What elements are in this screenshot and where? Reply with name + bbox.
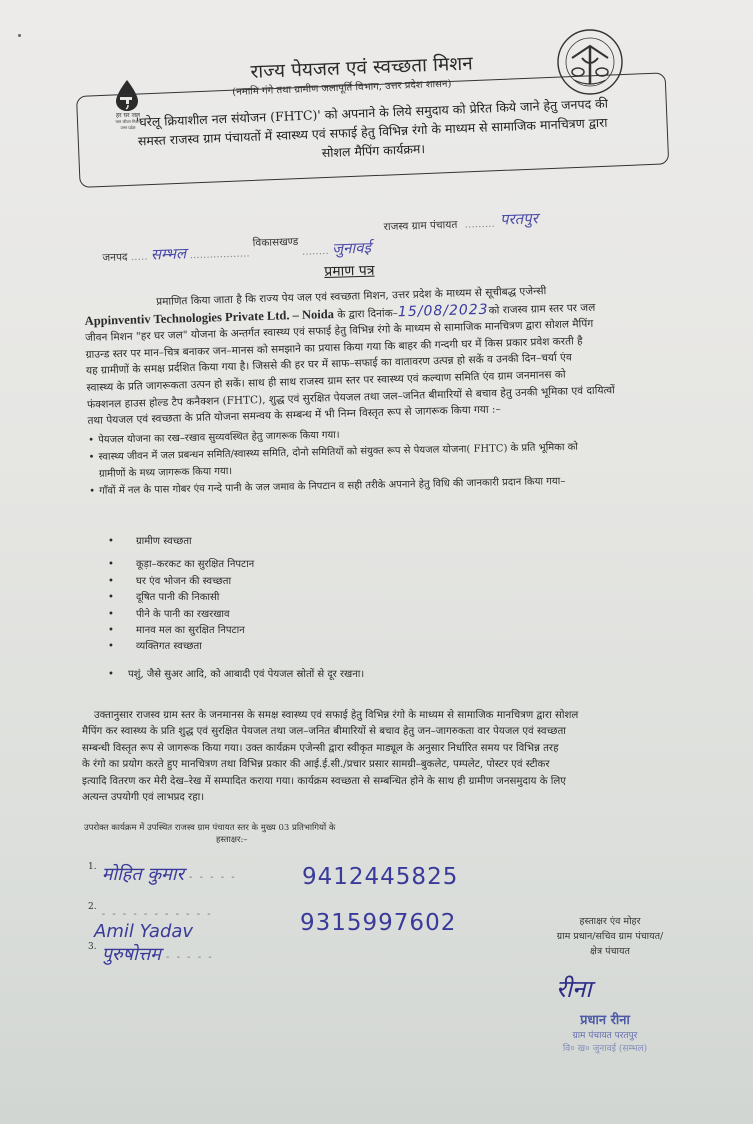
authority-signature-block: हस्ताक्षर एंव मोहर ग्राम प्रधान/सचिव ग्र…: [510, 914, 710, 959]
certificate-paragraph-2: उक्तानुसार राजस्व ग्राम स्तर के जनमानस क…: [82, 708, 722, 806]
list-item: •पीने के पानी का रखरखाव: [108, 607, 254, 623]
program-title: 'घरेलू क्रियाशील नल संयोजन (FHTC)' को अप…: [84, 92, 662, 172]
list-item: •व्यक्तिगत स्वच्छता: [108, 639, 254, 655]
signatures-intro: उपरोक्त कार्यक्रम में उपस्थित राजस्व ग्र…: [84, 822, 335, 846]
participant-signature: मोहित कुमार: [102, 864, 184, 885]
program-date: 15/08/2023: [398, 301, 489, 320]
participant-2: 2. - - - - - - - - - - - Amil Yadav: [88, 902, 213, 942]
participant-signature: Amil Yadav: [88, 921, 193, 942]
janpad-value: सम्भल: [151, 244, 187, 263]
list-item: •घर एंव भोजन की स्वच्छता: [108, 574, 254, 590]
list-item-livestock: •पशुं, जैसे सुअर आदि, को आबादी एवं पेयजल…: [108, 666, 364, 680]
paper-speck: [18, 34, 21, 37]
list-item: •कूड़ा–करकट का सुरक्षित निपटान: [108, 557, 254, 573]
certificate-heading: प्रमाण पत्र: [324, 261, 375, 281]
pradhan-signature: रीना: [556, 972, 592, 1005]
participant-3: 3. पुरुषोत्तम - - - - -: [88, 942, 214, 966]
location-fields: जनपद ..... सम्भल .................. विका…: [102, 233, 523, 266]
certificate-document: हर घर जल जल जीवन मिशन उत्तर प्रदेश राज्य…: [0, 0, 753, 1124]
list-item: •दूषित पानी की निकासी: [108, 590, 254, 606]
sanitation-topics-list: •ग्रामीण स्वच्छता •कूड़ा–करकट का सुरक्षि…: [108, 534, 254, 656]
list-item: •ग्रामीण स्वच्छता: [108, 534, 254, 550]
list-item: •मानव मल का सुरक्षित निपटान: [108, 623, 254, 639]
gram-panchayat-value: परतपुर: [500, 209, 538, 228]
janpad-label: जनपद: [102, 251, 128, 264]
certificate-paragraph-1: प्रमाणित किया जाता है कि राज्य पेय जल एव…: [84, 279, 691, 430]
participant-signature: पुरुषोत्तम: [102, 944, 161, 965]
participant-2-phone: 9315997602: [300, 910, 456, 936]
pradhan-stamp: प्रधान रीना ग्राम पंचायत परतपुर वि० ख० ज…: [530, 1010, 680, 1054]
vikaskhand-label: विकासखण्ड: [252, 236, 298, 249]
awareness-bullets: •पेयजल योजना का रख–रखाव सुव्यवस्थित हेतु…: [88, 419, 689, 500]
vikaskhand-value: जुनावई: [332, 239, 372, 258]
gram-panchayat-label: राजस्व ग्राम पंचायत: [383, 219, 457, 233]
participant-1: 1. मोहित कुमार - - - - -: [88, 862, 237, 886]
program-title-box: 'घरेलू क्रियाशील नल संयोजन (FHTC)' को अप…: [76, 72, 669, 188]
participant-1-phone: 9412445825: [302, 864, 458, 890]
